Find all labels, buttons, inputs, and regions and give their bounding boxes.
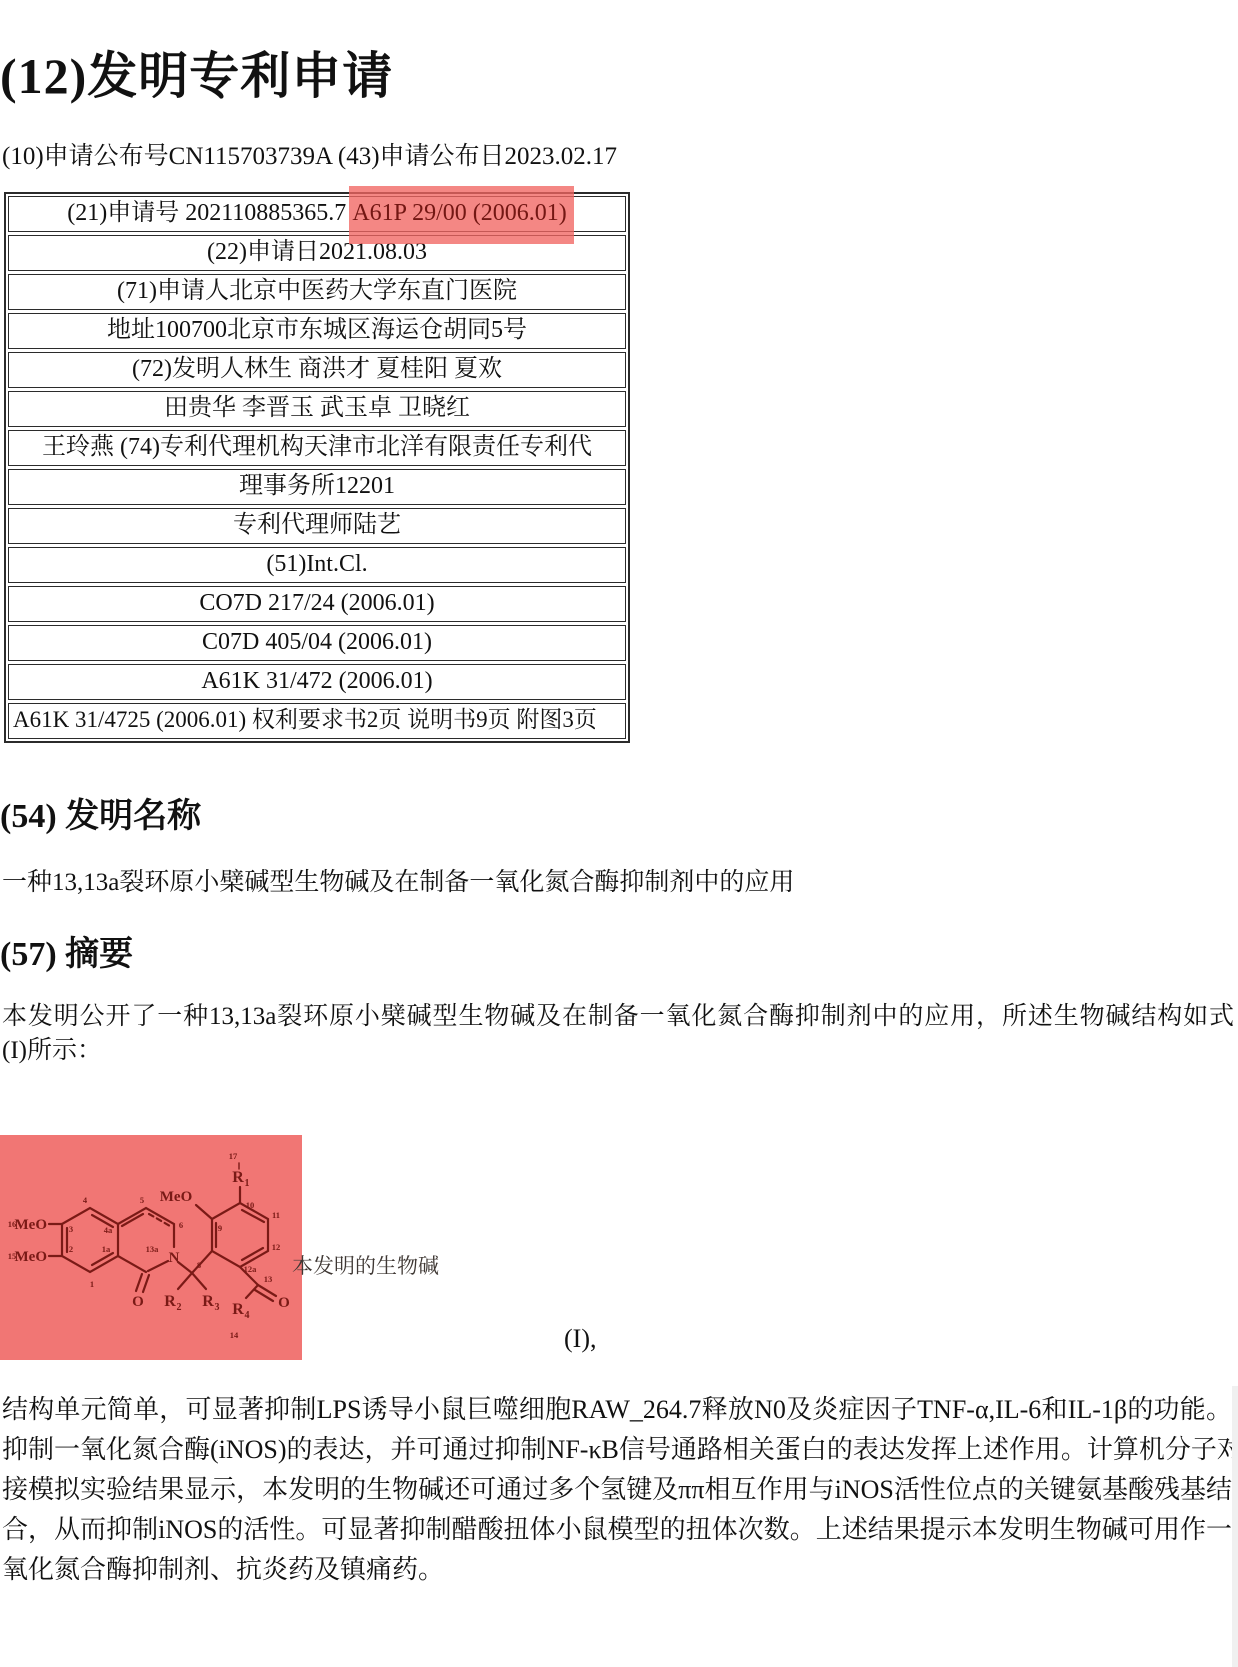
substituent-label: R bbox=[202, 1293, 214, 1310]
invention-title: 一种13,13a裂环原小檗碱型生物碱及在制备一氧化氮合酶抑制剂中的应用 bbox=[2, 862, 794, 898]
atom-label: 1 bbox=[90, 1279, 94, 1289]
atom-label-oxygen: O bbox=[278, 1295, 290, 1311]
table-row-int-cl: (51)Int.Cl. bbox=[8, 547, 626, 583]
ipc-classification-highlight: A61P 29/00 (2006.01) bbox=[349, 186, 573, 244]
table-row-ipc-4-pages: A61K 31/4725 (2006.01) 权利要求书2页 说明书9页 附图3… bbox=[8, 703, 626, 739]
table-row-agency-1: 王玲燕 (74)专利代理机构天津市北洋有限责任专利代 bbox=[8, 430, 626, 466]
table-row-inventors-1: (72)发明人林生 商洪才 夏桂阳 夏欢 bbox=[8, 352, 626, 388]
substituent-label: R bbox=[164, 1293, 176, 1310]
atom-labels: 16 MeO 15 MeO 3 2 4 1 4a 1a 5 6 13a N O … bbox=[8, 1151, 290, 1340]
publication-number-line: (10)申请公布号CN115703739A (43)申请公布日2023.02.1… bbox=[2, 136, 617, 172]
atom-label: 8 bbox=[197, 1260, 201, 1270]
substituent-subscript: 3 bbox=[215, 1302, 220, 1313]
table-row-applicant: (71)申请人北京中医药大学东直门医院 bbox=[8, 274, 626, 310]
abstract-body-line: 结构单元简单，可显著抑制LPS诱导小鼠巨噬细胞RAW_264.7释放N0及炎症因… bbox=[2, 1390, 1232, 1430]
atom-label: MeO bbox=[160, 1189, 192, 1205]
section-heading-abstract: (57) 摘要 bbox=[0, 926, 133, 975]
abstract-body-line: 合，从而抑制iNOS的活性。可显著抑制醋酸扭体小鼠模型的扭体次数。上述结果提示本… bbox=[2, 1510, 1232, 1550]
atom-label: 5 bbox=[140, 1195, 144, 1205]
abstract-body-line: 氧化氮合酶抑制剂、抗炎药及镇痛药。 bbox=[2, 1550, 1232, 1590]
substituent-label: R bbox=[232, 1169, 244, 1186]
patent-front-page: (12)发明专利申请 (10)申请公布号CN115703739A (43)申请公… bbox=[0, 0, 1238, 1667]
atom-label: 12a bbox=[244, 1264, 258, 1274]
table-row-ipc-2: C07D 405/04 (2006.01) bbox=[8, 625, 626, 661]
substituent-subscript: 4 bbox=[245, 1310, 250, 1321]
table-row-ipc-3: A61K 31/472 (2006.01) bbox=[8, 664, 626, 700]
atom-label: 17 bbox=[229, 1151, 238, 1161]
substituent-label: R bbox=[232, 1301, 244, 1318]
page-edge-shadow bbox=[1232, 1386, 1238, 1667]
table-row-application-number: (21)申请号 202110885365.7 A61P 29/00 (2006.… bbox=[8, 196, 626, 232]
table-row-ipc-1: CO7D 217/24 (2006.01) bbox=[8, 586, 626, 622]
atom-label: 13 bbox=[264, 1274, 273, 1284]
atom-label: 6 bbox=[179, 1220, 183, 1230]
atom-label: 9 bbox=[218, 1223, 222, 1233]
substituent-subscript: 1 bbox=[245, 1178, 250, 1189]
formula-reference-label: (I), bbox=[564, 1324, 596, 1354]
atom-label-oxygen: O bbox=[132, 1294, 144, 1310]
table-row-address: 地址100700北京市东城区海运仓胡同5号 bbox=[8, 313, 626, 349]
table-row-inventors-2: 田贵华 李晋玉 武玉卓 卫晓红 bbox=[8, 391, 626, 427]
atom-label: 4a bbox=[104, 1225, 113, 1235]
table-row-agent: 专利代理师陆艺 bbox=[8, 508, 626, 544]
atom-label: 4 bbox=[83, 1195, 88, 1205]
atom-label: 13a bbox=[146, 1244, 160, 1254]
atom-label: MeO bbox=[15, 1217, 47, 1233]
abstract-intro-line1: 本发明公开了一种13,13a裂环原小檗碱型生物碱及在制备一氧化氮合酶抑制剂中的应… bbox=[2, 1000, 1234, 1034]
figure-side-caption: 本发明的生物碱 bbox=[292, 1250, 439, 1280]
atom-label: 10 bbox=[246, 1200, 255, 1210]
chemical-structure-drawing: 16 MeO 15 MeO 3 2 4 1 4a 1a 5 6 13a N O … bbox=[0, 1135, 302, 1360]
atom-label: 1a bbox=[102, 1244, 111, 1254]
bibliographic-table: (21)申请号 202110885365.7 A61P 29/00 (2006.… bbox=[4, 192, 630, 743]
table-row-agency-2: 理事务所12201 bbox=[8, 469, 626, 505]
document-kind-heading: (12)发明专利申请 bbox=[0, 36, 393, 108]
atom-label: 2 bbox=[69, 1244, 73, 1254]
abstract-intro-line2: (I)所示： bbox=[2, 1034, 1234, 1068]
substituent-subscript: 2 bbox=[177, 1302, 182, 1313]
chemical-structure-figure-highlighted: 16 MeO 15 MeO 3 2 4 1 4a 1a 5 6 13a N O … bbox=[0, 1135, 302, 1360]
atom-label-nitrogen: N bbox=[169, 1250, 180, 1266]
atom-label: 14 bbox=[230, 1330, 239, 1340]
abstract-intro: 本发明公开了一种13,13a裂环原小檗碱型生物碱及在制备一氧化氮合酶抑制剂中的应… bbox=[2, 1000, 1234, 1068]
abstract-body-line: 抑制一氧化氮合酶(iNOS)的表达，并可通过抑制NF-κB信号通路相关蛋白的表达… bbox=[2, 1430, 1232, 1470]
section-heading-title: (54) 发明名称 bbox=[0, 788, 201, 837]
atom-label: 12 bbox=[272, 1242, 281, 1252]
atom-label: 3 bbox=[69, 1224, 73, 1234]
atom-label: MeO bbox=[15, 1249, 47, 1265]
abstract-body-line: 接模拟实验结果显示，本发明的生物碱还可通过多个氢键及ππ相互作用与iNOS活性位… bbox=[2, 1470, 1232, 1510]
application-number-text: (21)申请号 202110885365.7 bbox=[67, 200, 346, 226]
abstract-body: 结构单元简单，可显著抑制LPS诱导小鼠巨噬细胞RAW_264.7释放N0及炎症因… bbox=[2, 1390, 1232, 1590]
atom-label: 11 bbox=[272, 1210, 280, 1220]
